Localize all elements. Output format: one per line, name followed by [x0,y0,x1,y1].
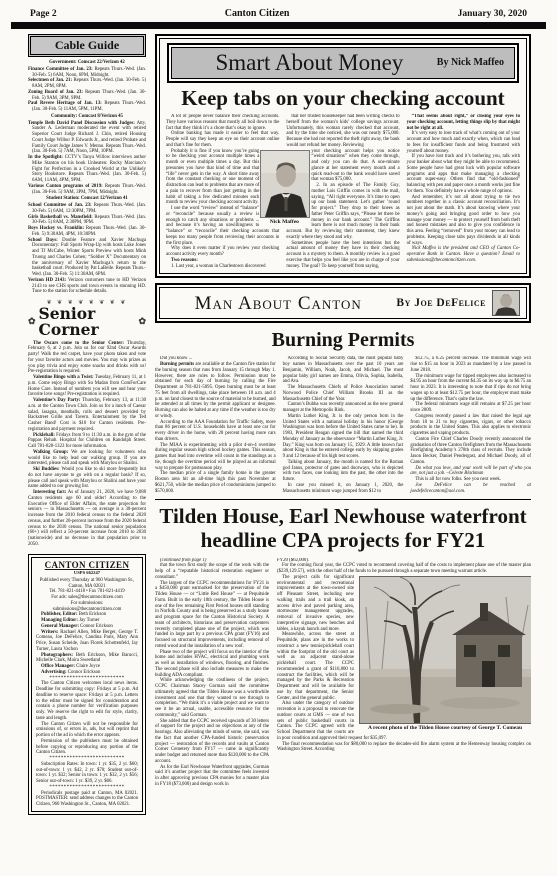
masthead-notices: The Canton Citizen welcomes local news i… [36,681,138,756]
paragraph: Published every Thursday at 960 Washingt… [36,578,138,584]
paragraph: Nick Maffeo is the president and CEO of … [407,246,520,263]
folio-paper-name: Canton Citizen [225,8,290,19]
paragraph: The largest of the CCPC recommendations … [155,581,269,650]
paragraph: Permission of the publishers must be obt… [36,739,138,756]
nick-maffeo-photo [260,150,310,218]
paragraph: Do what you love, and your work will be … [410,466,531,478]
man-about-canton-banner: Man About Canton By Joe DeFelice [155,283,531,323]
paragraph: Talking about January, the month is name… [283,460,404,483]
article-column-2: According to Social Security data, the m… [283,356,404,494]
paragraph: that her trusted housekeeper had been wr… [286,114,399,149]
paragraph: Girls Basketball vs. Mansfield: Repeats … [28,215,146,227]
paragraph: Sometimes people have the best intention… [286,241,399,270]
article-body: A lot of people never balance their chec… [166,114,520,269]
senior-corner-section: ❦ ❦ ❦ ❦ ❦ ❦ ❦ ❦ ✿ Senior Corner ✿ The Os… [28,300,146,548]
paragraph: Finance Committee of Jan. 23: Repeats Th… [28,67,146,79]
paragraph: Verizon HD 2143: Verizon customers tune … [28,278,146,295]
paragraph: “That seems about right,” or closing you… [407,114,520,131]
masthead-contact-lines: Published every Thursday at 960 Washingt… [36,578,138,613]
paragraph: She added that the CCPC received upwards… [155,719,269,765]
photo-caption: A recent photo of the Tilden House court… [359,725,531,732]
page-folio: Page 2 Canton Citizen January 30, 2020 [0,0,557,21]
paragraph: Canton Fire Chief Charles Doody recently… [410,437,531,466]
article-headline: Tilden House, Earl Newhouse waterfront h… [155,504,531,552]
paragraph: Walking Group: We are looking for volunt… [28,450,146,467]
paragraph: Zoning Board of Jan. 23: Repeats Thurs.-… [28,90,146,102]
divider-bar [11,22,546,29]
paragraph: If you have lost track and it’s botherin… [407,154,520,194]
paragraph: According to the AAA Foundation for Traf… [155,420,276,443]
section-divider [155,499,531,500]
paragraph: $12.75, a 6.25 percent increase. The min… [410,356,531,373]
paragraph: A lot of people never balance their chec… [166,114,279,131]
columnist-headshot-photo: Nick Maffeo [260,150,308,226]
headline-line-1: Tilden House, Earl Newhouse waterfront [155,504,531,528]
article-column-2: FY20 ($62,000).For the coming fiscal yea… [277,558,531,788]
paragraph: that the town first study the scope of t… [155,563,269,580]
separator-row: ************************** [36,785,138,791]
joe-defelice-headshot-photo [492,290,520,316]
senior-corner-body: The Oscars come to the Senior Center: Th… [28,341,146,548]
column-byline: By Joe DeFelice [396,297,486,309]
newspaper-page: Page 2 Canton Citizen January 30, 2020 C… [0,0,557,876]
masthead-usps: USPS 662247 [36,570,138,576]
floral-ornament-icon: ✿ [138,318,146,327]
paragraph: Writers: Rachael Allen, Mike Berger, Geo… [36,630,138,653]
paragraph: Photographers: Beth Erickson, Mike Baruc… [36,653,138,665]
paragraph: In case you missed it, on January 1, 202… [283,483,404,495]
paragraph: Temple Beth David Panel Discussion with … [28,121,146,156]
paragraph: Valentine’s Day Party: Thursday, Februar… [28,398,146,433]
folio-date: January 30, 2020 [458,9,527,19]
paragraph: The MIAA is experimenting with a pilot 4… [155,443,276,472]
smart-about-money-banner: Smart About Money By Nick Maffeo [167,43,519,83]
senior-corner-title-row: ✿ Senior Corner ✿ [28,306,146,339]
paragraph: In the Spotlight: CCTV’s Tanya Willow in… [28,155,146,184]
paragraph: The final recommendation was for $80,000… [277,742,531,754]
paragraph: Why does it even matter if you review yo… [166,246,279,258]
article-column-1: (continued from page 1)that the town fir… [155,558,269,788]
paragraph: Various Canton programs of 2019: Repeats… [28,184,146,196]
masthead-subscription-rates: Subscription Rates: In town: 1 yr. $35, … [36,762,138,785]
cable-guide-section: Cable Guide Government: Comcast 22/Veriz… [28,34,146,295]
paragraph: Valentine Bingo with a Twist: Tuesday, F… [28,375,146,398]
main-column: Smart About Money By Nick Maffeo Keep ta… [155,34,531,788]
floral-ornament-icon: ✿ [28,318,36,327]
paragraph: Martin Luther King, Jr. is the only pers… [283,414,404,460]
column-banner-title: Smart About Money [182,51,437,74]
paragraph: Boys Hockey vs. Franklin: Repeats Thurs.… [28,226,146,238]
article-column-1: Did you know ...Burning permits are avai… [155,356,276,494]
masthead-staff-list: Publisher, Editor: Beth EricksonManaging… [36,612,138,675]
headline-line-2: headline CPA projects for FY21 [155,528,531,552]
paragraph: For the coming fiscal year, the CCPC vot… [277,563,531,575]
listing-section-heading: Student Station: Comcast 12/Verizon 41 [28,196,146,202]
paragraph: Pickleball: Fridays from 9 to 11:30 a.m.… [28,433,146,450]
paragraph: Online banking has made it easier to fee… [166,131,279,148]
paragraph: Ski Buddies: Would you like to ski more … [28,467,146,490]
masthead-box: CANTON CITIZEN USPS 662247 Published eve… [28,554,146,815]
masthead-postal-notice: Periodicals postage paid at Canton, MA 0… [36,791,138,808]
paragraph: As for the Earl Newhouse Waterfront upgr… [155,765,269,788]
paragraph: The federal minimum wage still remains a… [410,402,531,414]
paragraph: Phase two of the project will focus on t… [155,650,269,679]
article-headline: Keep tabs on your checking account [166,87,520,109]
paragraph: Congress recently passed a law that rais… [410,414,531,437]
article-body: Did you know ...Burning permits are avai… [155,356,531,494]
masthead-title: CANTON CITIZEN [36,561,138,571]
paragraph: Subscription Rates: In town: 1 yr. $35, … [36,762,138,785]
column-byline: By Nick Maffeo [437,57,504,68]
paragraph: Canton’s Bubba was recently announced as… [283,402,404,414]
senior-corner-title: Senior Corner [39,306,136,339]
left-sidebar: Cable Guide Government: Comcast 22/Veriz… [28,34,146,815]
cable-guide-title: Cable Guide [28,34,146,57]
article-body: (continued from page 1)that the town fir… [155,558,531,788]
paragraph: For submissions: submissions@thecantonci… [36,601,138,613]
paragraph: While acknowledging the costliness of th… [155,678,269,718]
tilden-house-photo: A recent photo of the Tilden House court… [359,576,531,732]
paragraph: Interesting fact: As of January 21, 2020… [28,490,146,548]
paragraph: Burning permits are available at the Can… [155,362,276,420]
headshot-caption: Nick Maffeo [260,219,308,226]
paragraph: It’s very easy to lose track of what’s c… [407,131,520,154]
paragraph: The Oscars come to the Senior Center: Th… [28,341,146,376]
paragraph: 1. Last year, a woman in Charlestown dis… [166,264,279,270]
paragraph: Paul Revere Heritage of Jan. 13: Repeats… [28,101,146,113]
paragraph: The median price of a single family home… [155,471,276,494]
cable-guide-listings: Government: Comcast 22/Verizon 42Finance… [28,60,146,295]
paragraph: Periodicals postage paid at Canton, MA 0… [36,791,138,808]
listing-section-heading: Community: Comcast 8/Verizon 45 [28,114,146,120]
paragraph: And remember, it’s not all about trying … [407,195,520,247]
article-column-3: “That seems about right,” or closing you… [407,114,520,269]
article-column-2: that her trusted housekeeper had been wr… [286,114,399,269]
listing-section-heading: Government: Comcast 22/Verizon 42 [28,60,146,66]
paragraph: School Committee of Jan. 23: Repeats Thu… [28,203,146,215]
paragraph: The Canton Citizen welcomes local news i… [36,681,138,721]
paragraph: School Days: Double Feature and Xavier M… [28,238,146,278]
article-headline: Burning Permits [155,329,531,352]
paragraph: Selectmen of Jan. 21: Repeats Thurs.-Wed… [28,78,146,90]
column-banner-title: Man About Canton [166,294,390,313]
paragraph: According to Social Security data, the m… [283,356,404,385]
smart-about-money-box: Smart About Money By Nick Maffeo Keep ta… [155,34,531,278]
tilden-article: Tilden House, Earl Newhouse waterfront h… [155,504,531,787]
paragraph: The minimum wage for tipped employees al… [410,374,531,403]
folio-page-number: Page 2 [30,9,57,19]
paragraph: The Canton Citizen will not be responsib… [36,722,138,739]
article-column-3: $12.75, a 6.25 percent increase. The min… [410,356,531,494]
paragraph: Joe DeFelice can be reached at joedefeli… [410,483,531,495]
paragraph: The Massachusetts Chiefs of Police Assoc… [283,385,404,402]
